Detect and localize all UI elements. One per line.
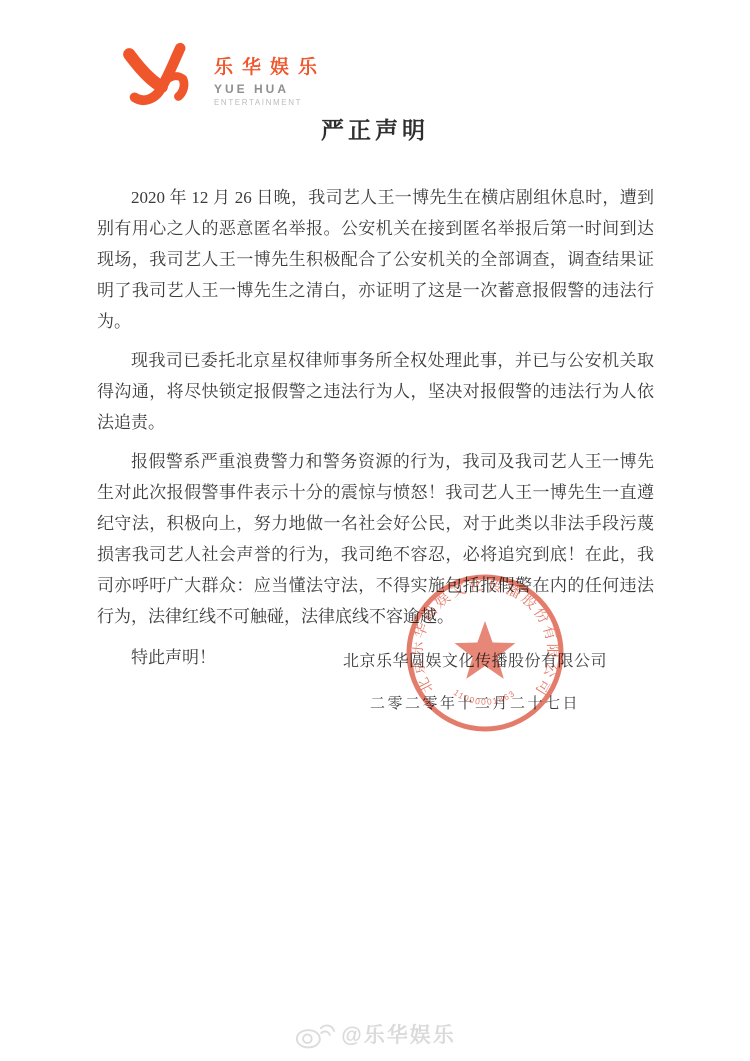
statement-document: 乐华娱乐 YUE HUA ENTERTAINMENT 严正声明 2020 年 1… <box>0 0 750 1061</box>
logo-wordmark: 乐华娱乐 YUE HUA ENTERTAINMENT <box>214 42 326 107</box>
logo-name-en-sub: ENTERTAINMENT <box>214 98 326 107</box>
watermark-handle: @乐华娱乐 <box>341 1019 455 1049</box>
paragraph-2: 现我司已委托北京星权律师事务所全权处理此事，并已与公安机关取得沟通，将尽快锁定报… <box>97 345 654 438</box>
svg-text:11000001863: 11000001863 <box>452 687 518 707</box>
company-seal-stamp-icon: 北京乐华圆娱文化传播股份有限公司 11000001863 <box>390 558 580 748</box>
seal-star-icon <box>455 621 516 679</box>
weibo-icon <box>294 1018 336 1050</box>
yh-logo-mark-icon <box>116 42 204 114</box>
seal-registration-code: 11000001863 <box>452 687 518 707</box>
weibo-watermark: @乐华娱乐 <box>0 1018 750 1050</box>
yuehua-logo: 乐华娱乐 YUE HUA ENTERTAINMENT <box>116 42 326 114</box>
paragraph-1: 2020 年 12 月 26 日晚，我司艺人王一博先生在横店剧组休息时，遭到别有… <box>97 182 654 337</box>
logo-name-cn: 乐华娱乐 <box>214 58 326 78</box>
statement-title: 严正声明 <box>97 112 653 145</box>
logo-name-en: YUE HUA <box>214 83 326 95</box>
